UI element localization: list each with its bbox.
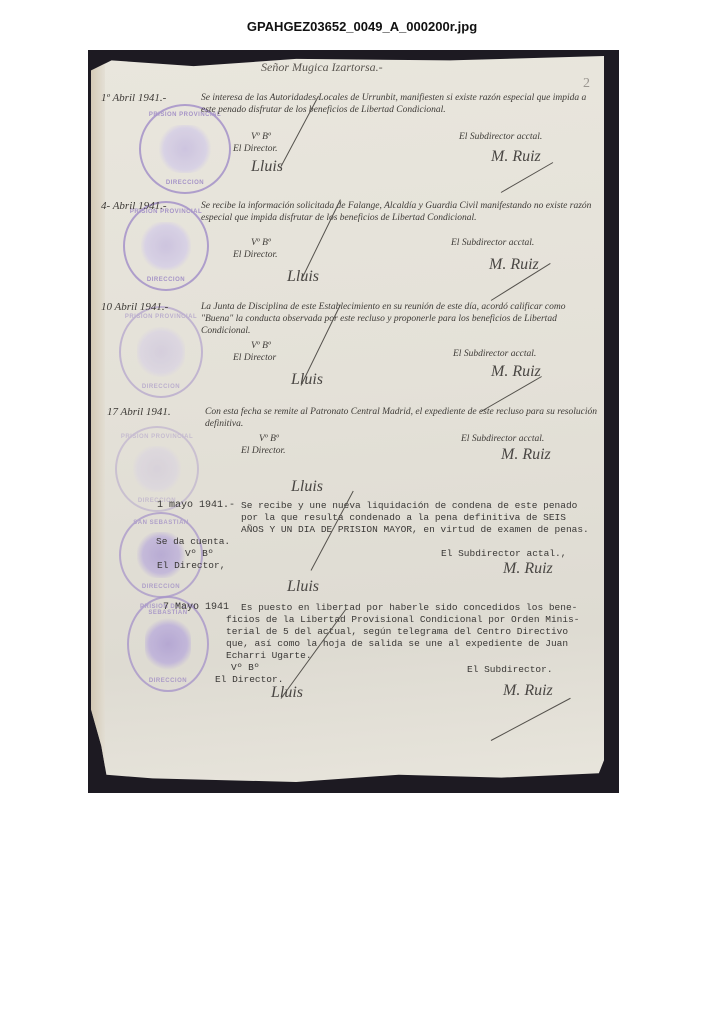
entry-date: 17 Abril 1941.	[107, 406, 171, 418]
page-number: 2	[583, 76, 590, 92]
stamp-text-bottom: DIRECCION	[121, 384, 201, 390]
subdirector-label: El Subdirector.	[467, 664, 553, 676]
subdirector-label: El Subdirector acctal.	[453, 349, 536, 359]
director-signature: Lluis	[271, 684, 303, 702]
entry-date: 7 Mayo 1941	[163, 602, 229, 614]
entry-text-line: terial de 5 del actual, según telegrama …	[226, 626, 601, 638]
entry-text: Es puesto en libertad por haberle sido c…	[241, 602, 601, 662]
subdirector-signature: M. Ruiz	[489, 256, 539, 274]
entry-text: Con esta fecha se remite al Patronato Ce…	[205, 406, 597, 430]
coat-of-arms-icon	[145, 618, 192, 670]
vobo-label: Vº Bº	[231, 662, 260, 674]
coat-of-arms-icon	[159, 125, 212, 173]
stamp-text-top: PRISION PROVINCIAL	[121, 314, 201, 320]
entry-text-line: por la que resulta condenado a la pena d…	[241, 512, 601, 524]
document-heading: Señor Mugica Izartorsa.-	[261, 60, 383, 75]
vobo-label: Vº Bº	[259, 434, 279, 444]
director-label: El Director.	[241, 446, 286, 456]
coat-of-arms-icon	[133, 446, 181, 492]
subdirector-label: El Subdirector actal.,	[441, 548, 566, 560]
entry-text-line: AÑOS Y UN DIA DE PRISION MAYOR, en virtu…	[241, 524, 601, 536]
director-label: El Director.	[233, 250, 278, 260]
entry-text-line: Echarri Ugarte.	[226, 650, 601, 662]
stamp-text-bottom: DIRECCION	[121, 584, 201, 590]
entry-text: La Junta de Disciplina de este Estableci…	[201, 301, 596, 337]
entry-date: 1 mayo 1941.-	[157, 500, 235, 512]
stamp-text-bottom: DIRECCION	[141, 180, 229, 186]
vobo-label: Vº Bº	[251, 132, 271, 142]
stamp-text-top: PRISION PROVINCIAL	[117, 434, 197, 440]
entry-date: 1º Abril 1941.-	[101, 92, 166, 104]
director-signature: Lluis	[291, 478, 323, 496]
prison-stamp-3: PRISION PROVINCIAL DIRECCION	[119, 306, 203, 398]
entry-text-line: Es puesto en libertad por haberle sido c…	[241, 602, 601, 614]
image-filename-caption: GPAHGEZ03652_0049_A_000200r.jpg	[0, 19, 724, 34]
entry-text-line: Se recibe y une nueva liquidación de con…	[241, 500, 601, 512]
signature-flourish	[501, 162, 553, 193]
coat-of-arms-icon	[141, 222, 190, 270]
subdirector-signature: M. Ruiz	[501, 446, 551, 464]
entry-text: Se interesa de las Autoridades Locales d…	[201, 92, 596, 116]
director-label: El Director.	[233, 144, 278, 154]
subdirector-label: El Subdirector acctal.	[451, 238, 534, 248]
director-label: El Director	[233, 353, 276, 363]
director-label: El Director,	[157, 560, 225, 572]
entry-text: Se recibe la información solicitada de F…	[201, 200, 596, 224]
entry-date: 10 Abril 1941.-	[101, 301, 168, 313]
stamp-text-bottom: DIRECCION	[125, 277, 207, 283]
prison-stamp-1: PRISION PROVINCIAL DIRECCION	[139, 104, 231, 194]
stamp-text-bottom: DIRECCION	[129, 678, 207, 684]
entry-date: 4- Abril 1941.-	[101, 200, 167, 212]
entry-text: Se recibe y une nueva liquidación de con…	[241, 500, 601, 548]
subdirector-signature: M. Ruiz	[503, 682, 553, 700]
subdirector-signature: M. Ruiz	[503, 560, 553, 578]
subdirector-label: El Subdirector acctal.	[461, 434, 544, 444]
stamp-text-top: SAN SEBASTIAN	[121, 520, 201, 526]
entry-text-line: ficios de la Libertad Provisional Condic…	[226, 614, 601, 626]
vobo-label: Vº Bº	[185, 548, 214, 560]
paper-sheet: 2 Señor Mugica Izartorsa.- PRISION PROVI…	[91, 56, 604, 782]
signature-flourish	[491, 698, 571, 741]
vobo-label: Vº Bº	[251, 341, 271, 351]
vobo-label: Vº Bº	[251, 238, 271, 248]
director-signature: Lluis	[251, 158, 283, 176]
paper-folded-edge	[91, 56, 105, 782]
subdirector-label: El Subdirector acctal.	[459, 132, 542, 142]
coat-of-arms-icon	[137, 327, 185, 376]
prison-stamp-2: PRISION PROVINCIAL DIRECCION	[123, 201, 209, 291]
scanned-page: 2 Señor Mugica Izartorsa.- PRISION PROVI…	[88, 50, 619, 793]
subdirector-signature: M. Ruiz	[491, 148, 541, 166]
entry-text-line: que, así como la hoja de salida se une a…	[226, 638, 601, 650]
entry-text-line: Se da cuenta.	[156, 536, 601, 548]
subdirector-signature: M. Ruiz	[491, 363, 541, 381]
director-signature: Lluis	[287, 578, 319, 596]
